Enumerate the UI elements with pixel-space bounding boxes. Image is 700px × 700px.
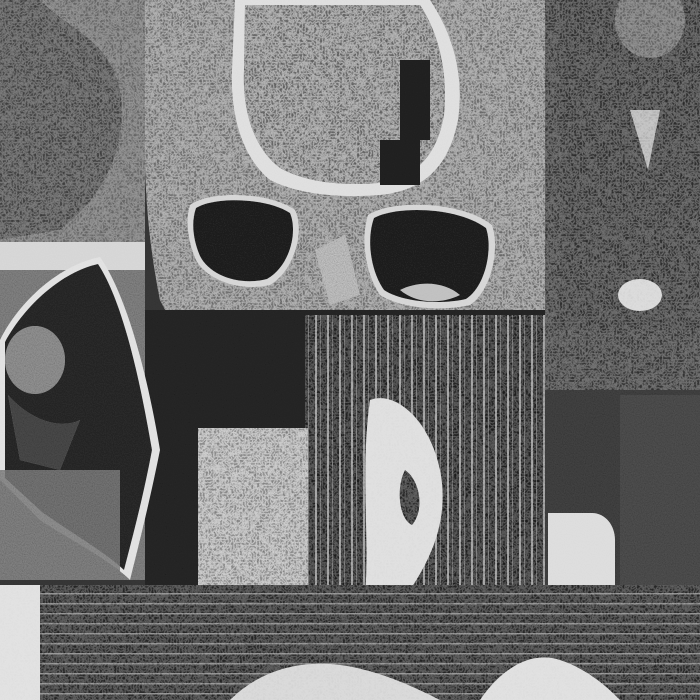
collage-svg (0, 0, 700, 700)
collage-artwork (0, 0, 700, 700)
grain-overlay (0, 0, 700, 700)
